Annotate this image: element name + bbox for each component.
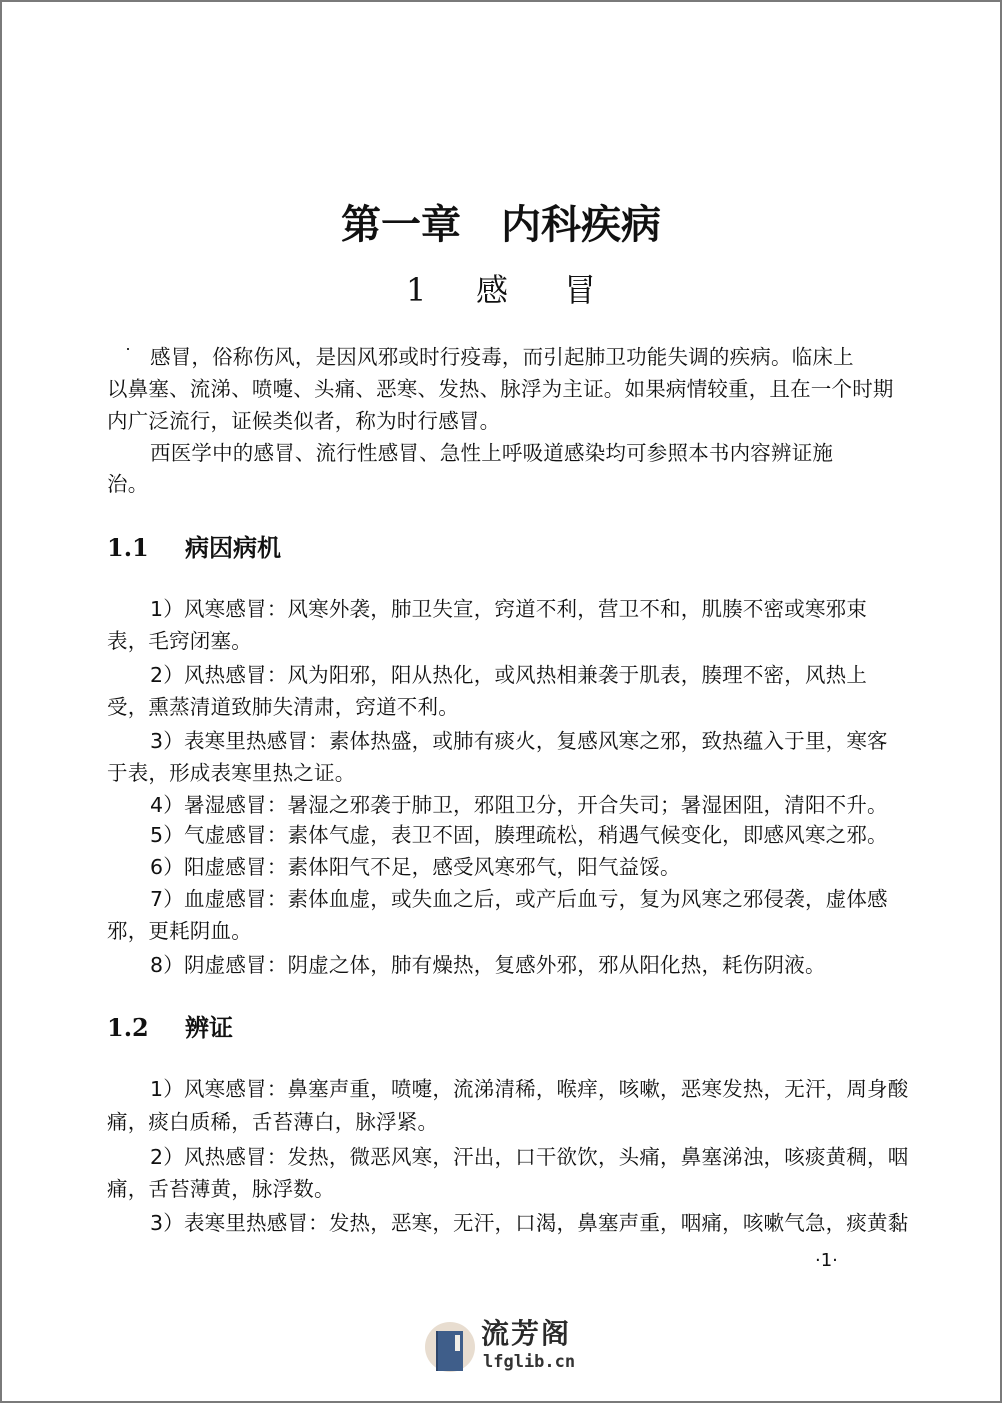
section-title: 1感冒 [0,268,1002,312]
subsection-title: 病因病机 [185,534,281,562]
cause-line: 3）表寒里热感冒：素体热盛，或肺有痰火，复感风寒之邪，致热蕴入于里，寒客 [150,729,888,753]
book-icon [425,1322,475,1372]
subsection-heading-1-1: 1.1病因病机 [107,533,281,563]
subsection-number: 1.2 [107,1013,185,1043]
diagnosis-line: 2）风热感冒：发热，微恶风寒，汗出，口干欲饮，头痛，鼻塞涕浊，咳痰黄稠，咽 [150,1145,908,1169]
cause-line: 受，熏蒸清道致肺失清肃，窍道不利。 [107,695,459,719]
watermark-title: 流芳阁 [481,1318,571,1350]
subsection-number: 1.1 [107,533,185,563]
cause-line: 6）阳虚感冒：素体阳气不足，感受风寒邪气，阳气益馁。 [150,855,681,879]
intro-line: 治。 [107,472,148,496]
chapter-number: 第一章 [341,202,461,248]
intro-line: 感冒，俗称伤风，是因风邪或时行疫毒，而引起肺卫功能失调的疾病。临床上 [150,345,854,369]
diagnosis-line: 3）表寒里热感冒：发热，恶寒，无汗，口渴，鼻塞声重，咽痛，咳嗽气急，痰黄黏 [150,1211,908,1235]
subsection-title: 辨证 [185,1014,233,1042]
subsection-heading-1-2: 1.2辨证 [107,1013,233,1043]
scan-speck [127,348,129,350]
section-char-2: 冒 [564,268,596,312]
chapter-title: 第一章内科疾病 [0,200,1002,250]
cause-line: 5）气虚感冒：素体气虚，表卫不固，腠理疏松，稍遇气候变化，即感风寒之邪。 [150,823,888,847]
cause-line: 7）血虚感冒：素体血虚，或失血之后，或产后血亏，复为风寒之邪侵袭，虚体感 [150,887,888,911]
section-char-1: 感 [476,268,564,312]
diagnosis-line: 痛，舌苔薄黄，脉浮数。 [107,1177,335,1201]
intro-line: 内广泛流行，证候类似者，称为时行感冒。 [107,409,500,433]
watermark-url: lfglib.cn [483,1351,575,1373]
watermark-logo: 流芳阁 lfglib.cn [425,1318,585,1378]
chapter-name: 内科疾病 [501,202,661,248]
intro-line: 西医学中的感冒、流行性感冒、急性上呼吸道感染均可参照本书内容辨证施 [150,441,833,465]
cause-line: 1）风寒感冒：风寒外袭，肺卫失宣，窍道不利，营卫不和，肌腠不密或寒邪束 [150,597,867,621]
intro-line: 以鼻塞、流涕、喷嚏、头痛、恶寒、发热、脉浮为主证。如果病情较重，且在一个时期 [107,377,894,401]
cause-line: 2）风热感冒：风为阳邪，阳从热化，或风热相兼袭于肌表，腠理不密，风热上 [150,663,867,687]
cause-line: 8）阴虚感冒：阴虚之体，肺有燥热，复感外邪，邪从阳化热，耗伤阴液。 [150,953,826,977]
cause-line: 于表，形成表寒里热之证。 [107,761,355,785]
page-number: ·1· [815,1250,838,1271]
cause-line: 邪，更耗阴血。 [107,919,252,943]
diagnosis-line: 1）风寒感冒：鼻塞声重，喷嚏，流涕清稀，喉痒，咳嗽，恶寒发热，无汗，周身酸 [150,1077,908,1101]
cause-line: 4）暑湿感冒：暑湿之邪袭于肺卫，邪阻卫分，开合失司；暑湿困阻，清阳不升。 [150,793,888,817]
cause-line: 表，毛窍闭塞。 [107,629,252,653]
diagnosis-line: 痛，痰白质稀，舌苔薄白，脉浮紧。 [107,1110,438,1134]
section-number: 1 [406,268,476,312]
